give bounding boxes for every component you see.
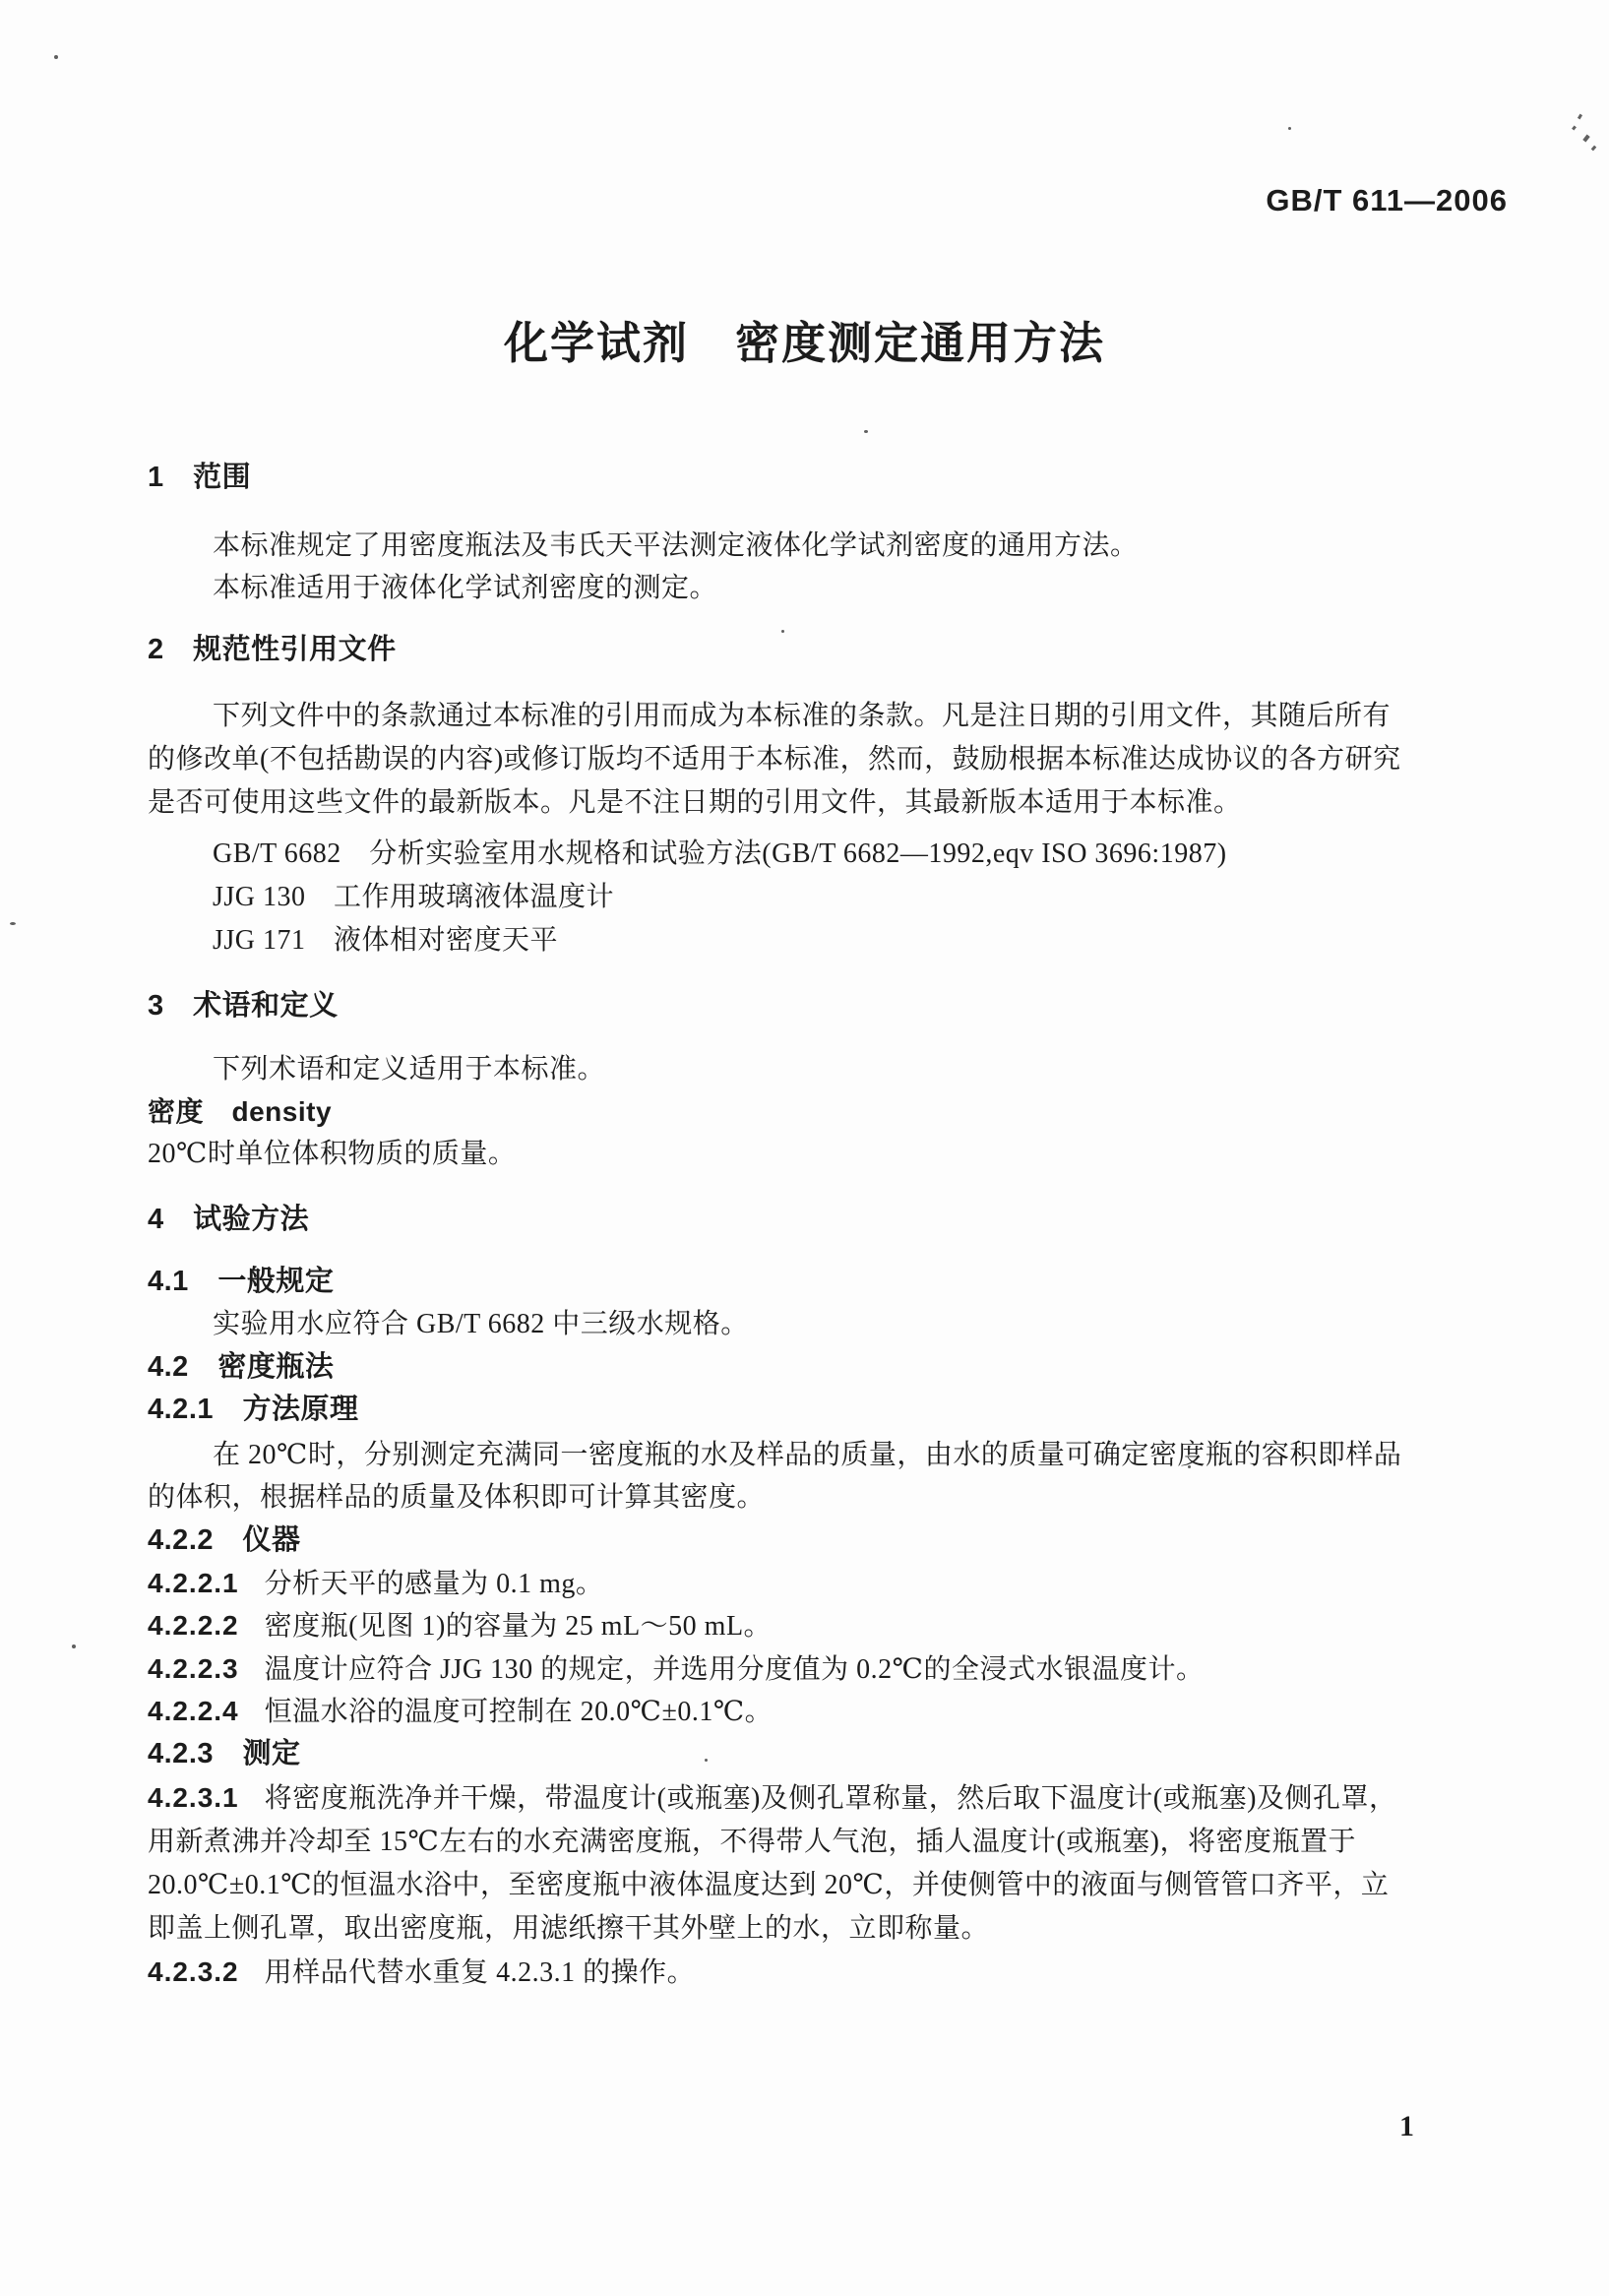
section-3-paragraph: 下列术语和定义适用于本标准。: [213, 1053, 605, 1086]
section-1-paragraph-1: 本标准规定了用密度瓶法及韦氏天平法测定液体化学试剂密度的通用方法。: [213, 529, 1139, 563]
reference-jjg130: JJG 130 工作用玻璃液体温度计: [213, 881, 614, 914]
clause-4-2-3-1-line-1: 4.2.3.1将密度瓶洗净并干燥，带温度计(或瓶塞)及侧孔罩称量，然后取下温度计…: [148, 1781, 1396, 1816]
section-4-2-heading: 4.2 密度瓶法: [148, 1350, 334, 1384]
section-4-1-paragraph: 实验用水应符合 GB/T 6682 中三级水规格。: [213, 1308, 749, 1341]
section-4-1-heading: 4.1 一般规定: [148, 1265, 334, 1298]
term-density-definition: 20℃时单位体积物质的质量。: [148, 1138, 516, 1171]
clause-text: 恒温水浴的温度可控制在 20.0℃±0.1℃。: [265, 1697, 774, 1727]
standard-code: GB/T 611—2006: [1266, 183, 1508, 218]
section-4-heading: 4 试验方法: [148, 1203, 309, 1236]
scan-speck: [54, 55, 58, 59]
section-2-paragraph-line-1: 下列文件中的条款通过本标准的引用而成为本标准的条款。凡是注日期的引用文件，其随后…: [213, 700, 1391, 733]
clause-4-2-3-2: 4.2.3.2用样品代替水重复 4.2.3.1 的操作。: [148, 1955, 695, 1990]
clause-4-2-3-1-line-2: 用新煮沸并冷却至 15℃左右的水充满密度瓶，不得带人气泡，插人温度计(或瓶塞)，…: [148, 1826, 1356, 1859]
clause-number: 4.2.2.4: [148, 1696, 239, 1726]
document-title: 化学试剂 密度测定通用方法: [0, 307, 1609, 371]
section-4-2-2-heading: 4.2.2 仪器: [148, 1523, 301, 1557]
scan-speck: [1288, 127, 1291, 130]
clause-text: 分析天平的感量为 0.1 mg。: [265, 1569, 604, 1599]
document-page: GB/T 611—2006 化学试剂 密度测定通用方法 1 范围 本标准规定了用…: [0, 0, 1609, 2296]
section-4-2-1-line-2: 的体积，根据样品的质量及体积即可计算其密度。: [148, 1481, 765, 1515]
section-2-paragraph-line-3: 是否可使用这些文件的最新版本。凡是不注日期的引用文件，其最新版本适用于本标准。: [148, 786, 1242, 820]
pencil-mark: [1582, 135, 1589, 143]
clause-text: 密度瓶(见图 1)的容量为 25 mL～50 mL。: [265, 1611, 772, 1642]
clause-4-2-2-1: 4.2.2.1分析天平的感量为 0.1 mg。: [148, 1567, 603, 1601]
clause-number: 4.2.2.2: [148, 1610, 239, 1641]
section-3-heading: 3 术语和定义: [148, 989, 339, 1023]
clause-4-2-2-3: 4.2.2.3温度计应符合 JJG 130 的规定，并选用分度值为 0.2℃的全…: [148, 1652, 1204, 1687]
section-2-heading: 2 规范性引用文件: [148, 633, 397, 666]
pencil-mark: [1591, 146, 1597, 152]
scan-speck: [864, 430, 868, 433]
section-4-2-1-heading: 4.2.1 方法原理: [148, 1393, 359, 1426]
section-4-2-1-line-1: 在 20℃时，分别测定充满同一密度瓶的水及样品的质量，由水的质量可确定密度瓶的容…: [213, 1439, 1401, 1472]
clause-text: 将密度瓶洗净并干燥，带温度计(或瓶塞)及侧孔罩称量，然后取下温度计(或瓶塞)及侧…: [265, 1783, 1397, 1814]
scan-speck: [781, 630, 784, 633]
clause-text: 用样品代替水重复 4.2.3.1 的操作。: [265, 1957, 696, 1988]
term-density: 密度 density: [148, 1095, 332, 1129]
reference-gbt6682: GB/T 6682 分析实验室用水规格和试验方法(GB/T 6682—1992,…: [213, 838, 1227, 871]
section-1-heading: 1 范围: [148, 461, 251, 494]
section-1-paragraph-2: 本标准适用于液体化学试剂密度的测定。: [213, 572, 717, 605]
scan-speck: [10, 922, 16, 925]
clause-4-2-2-2: 4.2.2.2密度瓶(见图 1)的容量为 25 mL～50 mL。: [148, 1609, 772, 1644]
section-2-paragraph-line-2: 的修改单(不包括勘误的内容)或修订版均不适用于本标准，然而，鼓励根据本标准达成协…: [148, 743, 1401, 776]
clause-4-2-2-4: 4.2.2.4恒温水浴的温度可控制在 20.0℃±0.1℃。: [148, 1695, 773, 1729]
clause-number: 4.2.2.1: [148, 1568, 239, 1598]
pencil-mark: [1572, 126, 1577, 131]
scan-speck: [705, 1759, 708, 1762]
clause-text: 温度计应符合 JJG 130 的规定，并选用分度值为 0.2℃的全浸式水银温度计…: [265, 1654, 1205, 1685]
clause-4-2-3-1-line-4: 即盖上侧孔罩，取出密度瓶，用滤纸擦干其外壁上的水，立即称量。: [148, 1912, 989, 1946]
clause-number: 4.2.2.3: [148, 1653, 239, 1684]
scan-speck: [72, 1644, 76, 1648]
reference-jjg171: JJG 171 液体相对密度天平: [213, 924, 558, 958]
scan-speck: [1188, 1465, 1191, 1468]
clause-number: 4.2.3.2: [148, 1956, 239, 1987]
clause-number: 4.2.3.1: [148, 1782, 239, 1813]
clause-4-2-3-1-line-3: 20.0℃±0.1℃的恒温水浴中，至密度瓶中液体温度达到 20℃，并使侧管中的液…: [148, 1869, 1389, 1902]
page-number: 1: [1399, 2110, 1414, 2143]
pencil-mark: [1578, 114, 1582, 120]
section-4-2-3-heading: 4.2.3 测定: [148, 1737, 301, 1770]
